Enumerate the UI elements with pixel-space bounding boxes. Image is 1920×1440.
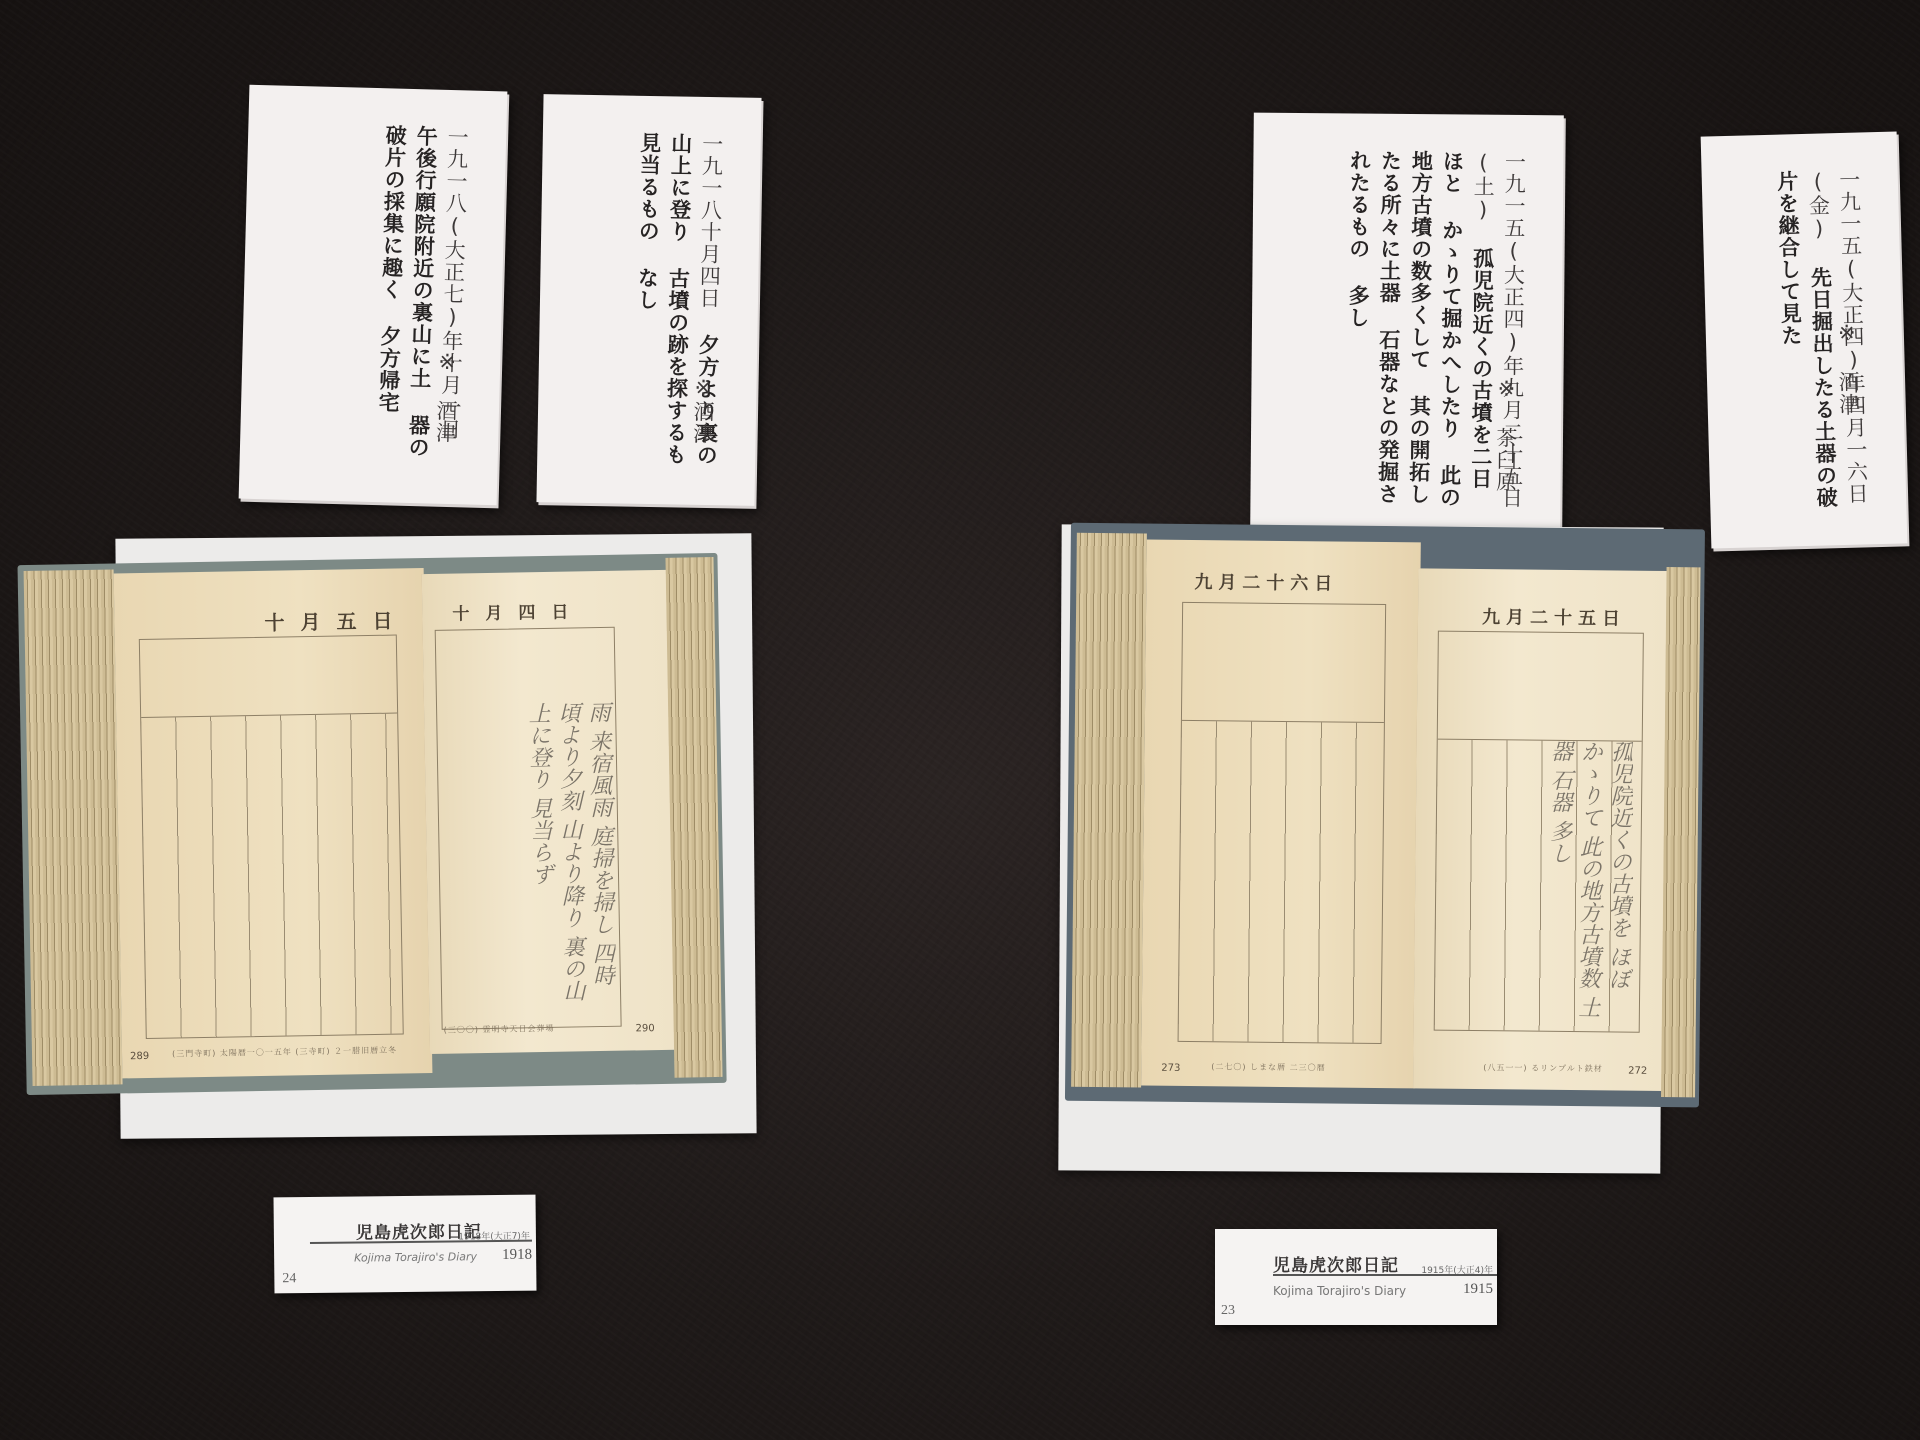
card-source: ※酒津: [686, 376, 718, 446]
left-page: 十月五日 289 (三門寺町) 太陽暦一〇一五年 (三寺町) ２一腊旧暦立冬: [114, 568, 433, 1078]
right-page: 九月二十五日 孤児院近くの古墳を ほぼかゝりて 此の地方古墳数 土器 石器 多し…: [1413, 568, 1668, 1091]
page-edges: [665, 557, 722, 1078]
card-line: 夕方帰宅: [376, 325, 402, 414]
card-source: ※ 酒津: [1831, 320, 1864, 415]
page-number: 272: [1628, 1066, 1647, 1077]
left-page: 九月二十六日 273 (二七〇) しまな暦 二三〇暦: [1141, 540, 1421, 1089]
page-footer: (二七〇) しまな暦 二三〇暦: [1211, 1061, 1325, 1073]
page-number: 290: [635, 1023, 654, 1034]
page-header: 十月四日: [452, 597, 584, 624]
page-footer: (八五一一) るリンプルト鉄材: [1483, 1062, 1603, 1074]
right-page: 十月四日 雨 来宿風雨 庭掃を掃し 四時頃より夕刻 山より降り 裏の山上に登り …: [422, 570, 675, 1054]
caption-card-1918-10-04: 一九一八十月四日 夕方より裏の山上に登り 古墳の跡を探するも見当るもの なし ※…: [536, 94, 761, 506]
card-line: 多し: [1346, 284, 1370, 328]
caption-card-1915-09-25: 一九一五(大正四)年九月二十五日(土) 孤児院近くの古墳を二日ほと かゝりて掘か…: [1250, 113, 1564, 534]
caption-card-1915-04-16: 一九一五(大正四)年四月一六日(金) 先日掘出したる土器の破片を継合して見た ※…: [1701, 132, 1908, 549]
page-edges: [24, 569, 123, 1085]
open-diary-1918: 十月五日 289 (三門寺町) 太陽暦一〇一五年 (三寺町) ２一腊旧暦立冬 十…: [17, 539, 726, 1101]
card-source: ※ 酒津: [429, 350, 462, 445]
handwritten-entry: 雨 来宿風雨 庭掃を掃し 四時頃より夕刻 山より降り 裏の山上に登り 見当らず: [442, 701, 617, 1004]
handwritten-entry: 孤児院近くの古墳を ほぼかゝりて 此の地方古墳数 土器 石器 多し: [1442, 739, 1635, 1021]
caption-card-1918-10-01: 一九一八(大正七)年十月一日 午後行願院附近の裏山に土 器の破片の採集に趣く 夕…: [239, 85, 508, 506]
page-edges: [1071, 533, 1147, 1088]
page-edges: [1661, 567, 1701, 1097]
page-grid: [139, 635, 404, 1039]
exhibit-label-24: 児島虎次郎日記 1918年(大正7)年 Kojima Torajiro's Di…: [274, 1195, 537, 1294]
page-footer: (三〇〇) 霊明寺天日会葬場: [444, 1023, 555, 1036]
card-line: かゝりて掘かへしたり: [1438, 219, 1464, 439]
page-header: 九月二十六日: [1194, 568, 1338, 596]
label-era: 1918年(大正7)年: [458, 1229, 530, 1243]
page-grid: [1178, 602, 1387, 1044]
page-header: 九月二十五日: [1482, 603, 1626, 631]
page-header: 十月五日: [264, 604, 408, 636]
label-year: 1915: [1463, 1281, 1493, 1298]
page-number: 289: [130, 1051, 149, 1062]
open-diary-1915: 九月二十六日 273 (二七〇) しまな暦 二三〇暦 九月二十五日 孤児院近くの…: [1057, 517, 1703, 1104]
card-line: なし: [635, 267, 660, 311]
label-title-en: Kojima Torajiro's Diary: [354, 1250, 477, 1264]
label-number: 24: [282, 1271, 296, 1287]
label-year: 1918: [502, 1247, 532, 1264]
label-title-jp: 児島虎次郎日記: [1273, 1251, 1399, 1276]
label-number: 23: [1221, 1303, 1235, 1319]
card-source: ※ 茶臼原: [1490, 377, 1522, 493]
card-date: 一九一八十月四日: [697, 133, 724, 309]
label-era: 1915年(大正4)年: [1421, 1263, 1493, 1276]
page-footer: (三門寺町) 太陽暦一〇一五年 (三寺町) ２一腊旧暦立冬: [172, 1045, 397, 1060]
page-number: 273: [1161, 1063, 1180, 1074]
label-title-en: Kojima Torajiro's Diary: [1273, 1284, 1406, 1298]
exhibit-label-23: 児島虎次郎日記 1915年(大正4)年 Kojima Torajiro's Di…: [1215, 1229, 1497, 1325]
